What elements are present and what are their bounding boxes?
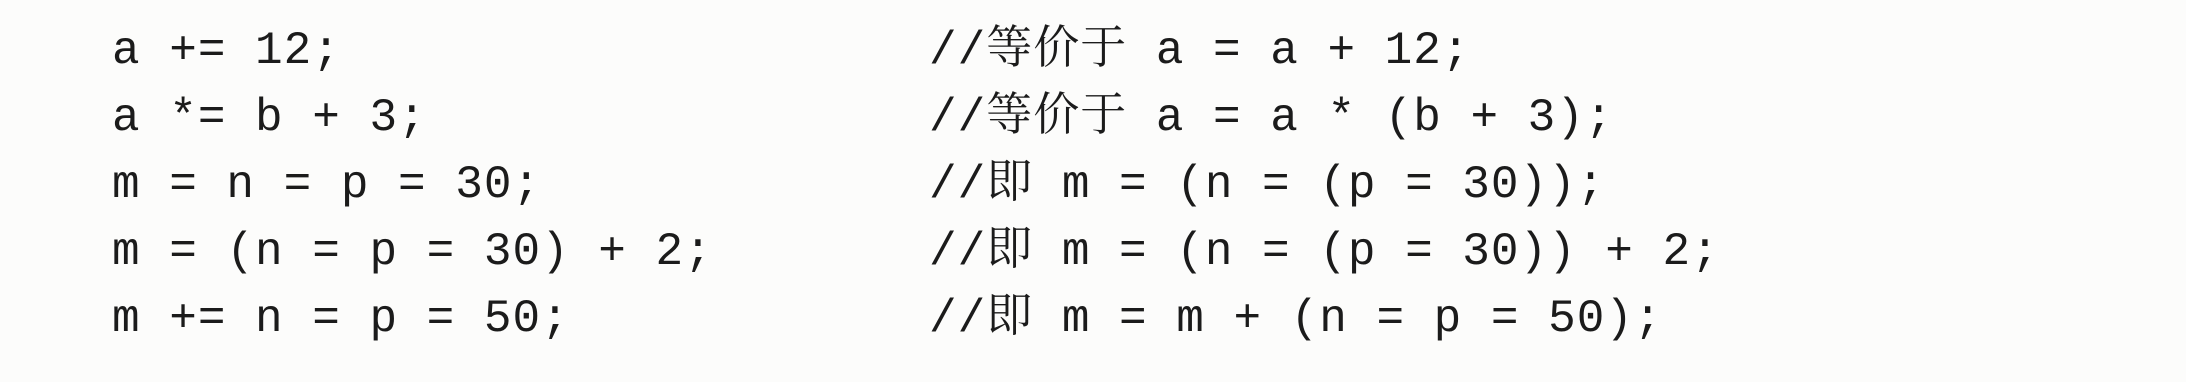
code-statement: a += 12;: [112, 18, 929, 85]
code-comment: //即 m = (n = (p = 30)) + 2;: [929, 219, 2186, 286]
code-statement: a *= b + 3;: [112, 85, 929, 152]
code-statement: m = (n = p = 30) + 2;: [112, 219, 929, 286]
scanned-page: a += 12; //等价于 a = a + 12; a *= b + 3; /…: [0, 0, 2186, 382]
code-line: m = (n = p = 30) + 2; //即 m = (n = (p = …: [112, 219, 2186, 286]
code-statement: m = n = p = 30;: [112, 152, 929, 219]
code-listing: a += 12; //等价于 a = a + 12; a *= b + 3; /…: [112, 18, 2186, 353]
code-statement: m += n = p = 50;: [112, 286, 929, 353]
code-comment: //即 m = (n = (p = 30));: [929, 152, 2186, 219]
code-line: a *= b + 3; //等价于 a = a * (b + 3);: [112, 85, 2186, 152]
code-comment: //即 m = m + (n = p = 50);: [929, 286, 2186, 353]
code-line: m += n = p = 50; //即 m = m + (n = p = 50…: [112, 286, 2186, 353]
code-comment: //等价于 a = a + 12;: [929, 18, 2186, 85]
code-line: m = n = p = 30; //即 m = (n = (p = 30));: [112, 152, 2186, 219]
code-comment: //等价于 a = a * (b + 3);: [929, 85, 2186, 152]
code-line: a += 12; //等价于 a = a + 12;: [112, 18, 2186, 85]
